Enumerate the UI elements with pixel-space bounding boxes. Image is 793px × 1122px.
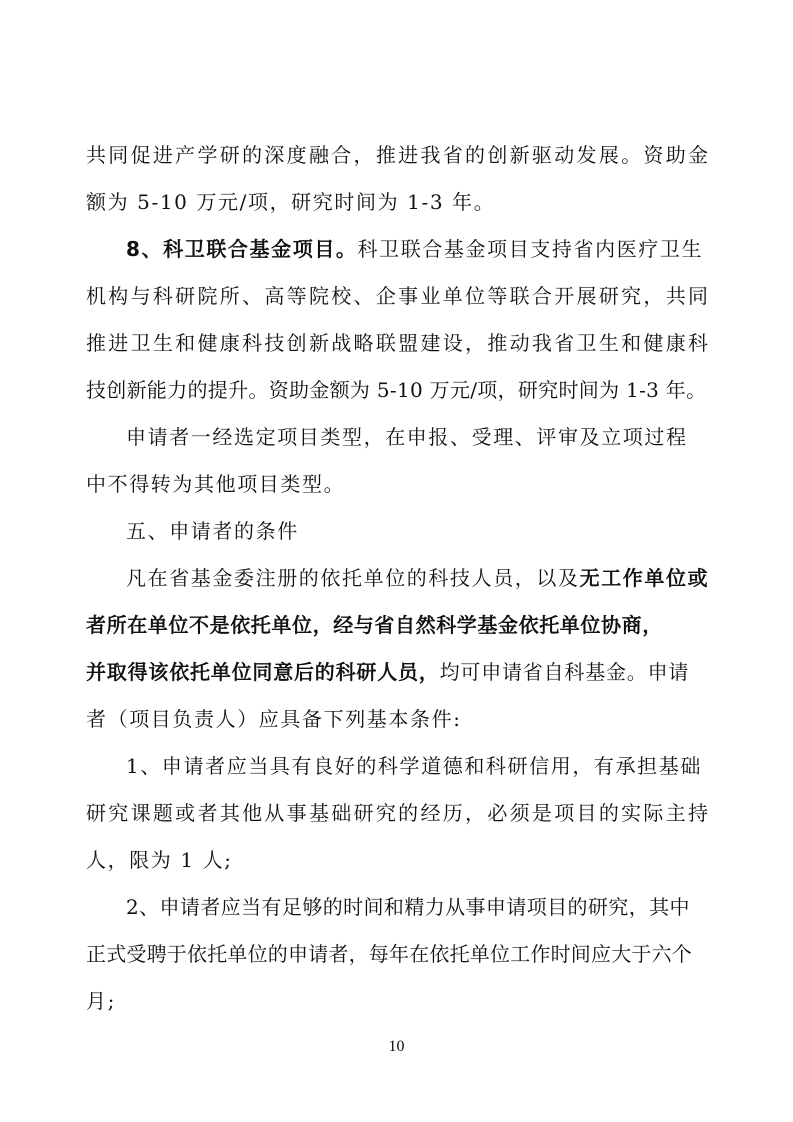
body-text: 技创新能力的提升。资助金额为 5-10 万元/项，研究时间为 1-3 年。: [86, 378, 706, 402]
paragraph-line: 推进卫生和健康科技创新战略联盟建设，推动我省卫生和健康科: [86, 331, 708, 355]
paragraph-line: 并取得该依托单位同意后的科研人员，均可申请省自科基金。申请: [86, 660, 708, 684]
item-title: 8、科卫联合基金项目。: [126, 237, 358, 261]
body-text: 推进卫生和健康科技创新战略联盟建设，推动我省卫生和健康科: [86, 331, 708, 355]
paragraph-line: 申请者一经选定项目类型，在申报、受理、评审及立项过程: [86, 425, 748, 449]
body-text: 月;: [86, 989, 116, 1013]
body-text: 正式受聘于依托单位的申请者，每年在依托单位工作时间应大于六个: [86, 942, 692, 966]
page-number: 10: [0, 1038, 793, 1056]
condition-item-1: 1、申请者应当具有良好的科学道德和科研信用，有承担基础: [86, 754, 748, 778]
paragraph-line: 者（项目负责人）应具备下列基本条件:: [86, 707, 708, 731]
body-text: 凡在省基金委注册的依托单位的科技人员，以及: [126, 566, 580, 590]
body-text: 人，限为 1 人;: [86, 848, 233, 872]
body-text: 额为 5-10 万元/项，研究时间为 1-3 年。: [86, 190, 495, 214]
body-text: 共同促进产学研的深度融合，推进我省的创新驱动发展。资助金: [86, 143, 708, 167]
body-text: 申请者一经选定项目类型，在申报、受理、评审及立项过程: [126, 425, 688, 449]
body-text: 中不得转为其他项目类型。: [86, 472, 345, 496]
paragraph-line: 研究课题或者其他从事基础研究的经历，必须是项目的实际主持: [86, 801, 708, 825]
bold-text: 无工作单位或: [580, 566, 710, 590]
condition-item-2: 2、申请者应当有足够的时间和精力从事申请项目的研究，其中: [86, 895, 748, 919]
paragraph-line: 人，限为 1 人;: [86, 848, 708, 872]
paragraph-line: 机构与科研院所、高等院校、企事业单位等联合开展研究，共同: [86, 284, 708, 308]
body-text: 研究课题或者其他从事基础研究的经历，必须是项目的实际主持: [86, 801, 708, 825]
bold-text: 并取得该依托单位同意后的科研人员，: [86, 660, 440, 684]
body-text: 均可申请省自科基金。申请: [440, 660, 690, 684]
paragraph-line: 额为 5-10 万元/项，研究时间为 1-3 年。: [86, 190, 708, 214]
paragraph-line: 正式受聘于依托单位的申请者，每年在依托单位工作时间应大于六个: [86, 942, 708, 966]
bold-text: 者所在单位不是依托单位，经与省自然科学基金依托单位协商，: [86, 613, 663, 637]
body-text: 机构与科研院所、高等院校、企事业单位等联合开展研究，共同: [86, 284, 708, 308]
paragraph-line: 月;: [86, 989, 708, 1013]
heading-text: 五、申请者的条件: [126, 519, 299, 543]
body-text: 2、申请者应当有足够的时间和精力从事申请项目的研究，其中: [126, 895, 690, 919]
paragraph-line: 者所在单位不是依托单位，经与省自然科学基金依托单位协商，: [86, 613, 708, 637]
body-text: 1、申请者应当具有良好的科学道德和科研信用，有承担基础: [126, 754, 702, 778]
paragraph-line: 共同促进产学研的深度融合，推进我省的创新驱动发展。资助金: [86, 143, 708, 167]
paragraph-line: 技创新能力的提升。资助金额为 5-10 万元/项，研究时间为 1-3 年。: [86, 378, 708, 402]
section-heading: 五、申请者的条件: [86, 519, 748, 543]
body-text: 科卫联合基金项目支持省内医疗卫生: [358, 237, 704, 261]
section-item-8: 8、科卫联合基金项目。科卫联合基金项目支持省内医疗卫生: [86, 237, 748, 261]
body-text: 者（项目负责人）应具备下列基本条件:: [86, 707, 462, 731]
paragraph-line: 中不得转为其他项目类型。: [86, 472, 708, 496]
paragraph-line: 凡在省基金委注册的依托单位的科技人员，以及无工作单位或: [86, 566, 748, 590]
